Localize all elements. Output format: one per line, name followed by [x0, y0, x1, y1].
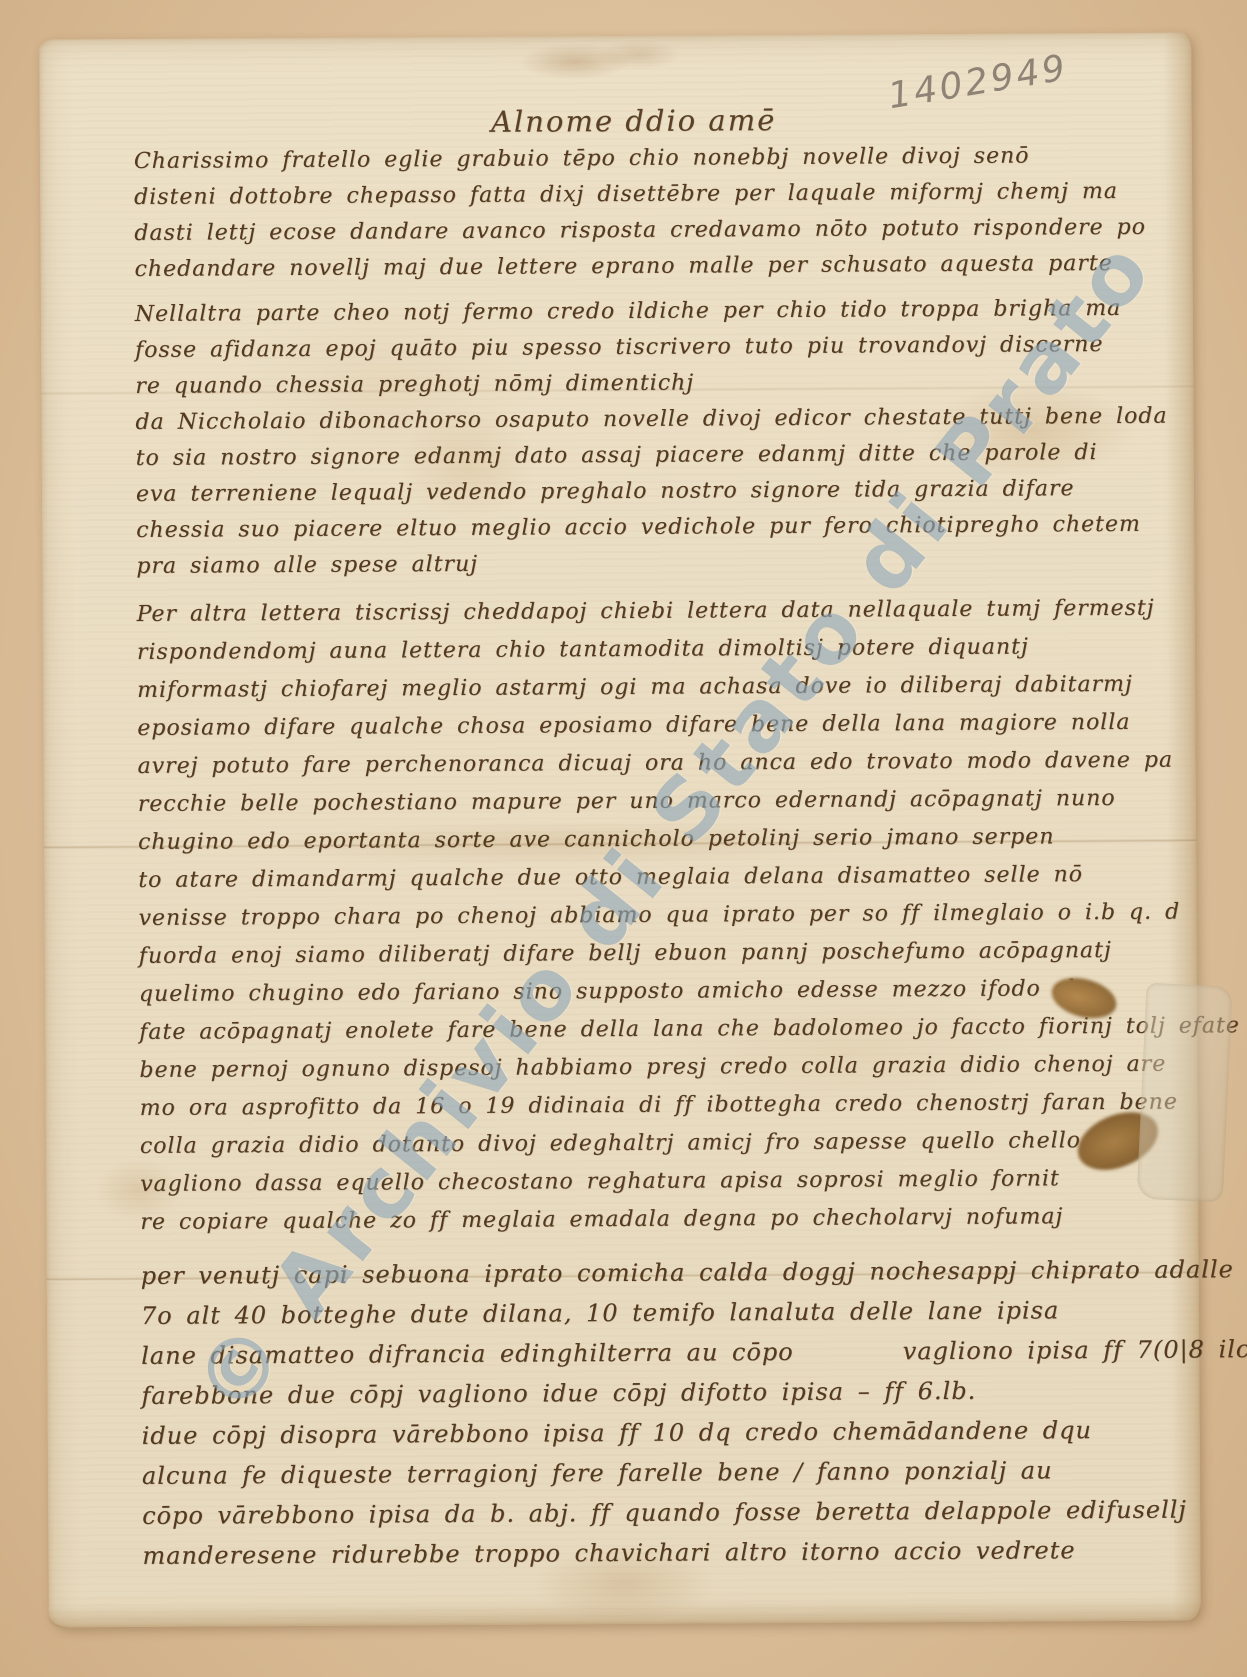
manuscript-line: Nellaltra parte cheo notj fermo credo il…	[147, 296, 1141, 338]
manuscript-line: alcuna fe diqueste terragionj fere farel…	[142, 1456, 1148, 1502]
scan-background: 1402949 Alnome ddio amē Charissimo frate…	[0, 0, 1247, 1677]
manuscript-line: bene pernoj ognuno dispesoj habbiamo pre…	[151, 1052, 1145, 1096]
repair-tape	[1137, 983, 1233, 1203]
paragraph: Charissimo fratello eglie grabuio tēpo c…	[134, 143, 1141, 293]
manuscript-line: colla grazia didio dotanto divoj edeghal…	[152, 1128, 1146, 1172]
manuscript-page: 1402949 Alnome ddio amē Charissimo frate…	[39, 32, 1201, 1627]
manuscript-line: pra siamo alle spese altruj	[148, 548, 1142, 590]
manuscript-line: Per altra lettera tiscrissj cheddapoj ch…	[149, 596, 1143, 640]
manuscript-line: rispondendomj auna lettera chio tantamod…	[149, 634, 1143, 678]
manuscript-line: disteni dottobre chepasso fatta dixj dis…	[146, 179, 1140, 221]
manuscript-line: chedandare novellj maj due lettere epran…	[146, 251, 1140, 293]
manuscript-line: chessia suo piacere eltuo meglio accio v…	[148, 512, 1142, 554]
manuscript-line: miformastj chiofarej meglio astarmj ogi …	[149, 672, 1143, 716]
manuscript-line: fuorda enoj siamo diliberatj difare bell…	[151, 938, 1145, 982]
manuscript-line: cōpo vārebbono ipisa da b. abj. ff quand…	[142, 1496, 1148, 1542]
manuscript-line: manderesene ridurebbe troppo chavichari …	[142, 1536, 1148, 1582]
manuscript-line: fate acōpagnatj enolete fare bene della …	[151, 1014, 1145, 1058]
manuscript-line: eposiamo difare qualche chosa eposiamo d…	[149, 710, 1143, 754]
letter-heading: Alnome ddio amē	[58, 100, 1210, 141]
manuscript-line: dasti lettj ecose dandare avanco rispost…	[146, 215, 1140, 257]
manuscript-line: vagliono dassa equello checostano reghat…	[152, 1166, 1146, 1210]
manuscript-line: quelimo chugino edo fariano sino suppost…	[151, 976, 1145, 1020]
manuscript-line: farebbone due cōpj vagliono idue cōpj di…	[141, 1376, 1147, 1422]
manuscript-line: Charissimo fratello eglie grabuio tēpo c…	[146, 143, 1140, 185]
manuscript-line: mo ora asprofitto da 16 o 19 didinaia di…	[152, 1090, 1146, 1134]
manuscript-line: idue cōpj disopra vārebbono ipisa ff 10 …	[142, 1416, 1148, 1462]
